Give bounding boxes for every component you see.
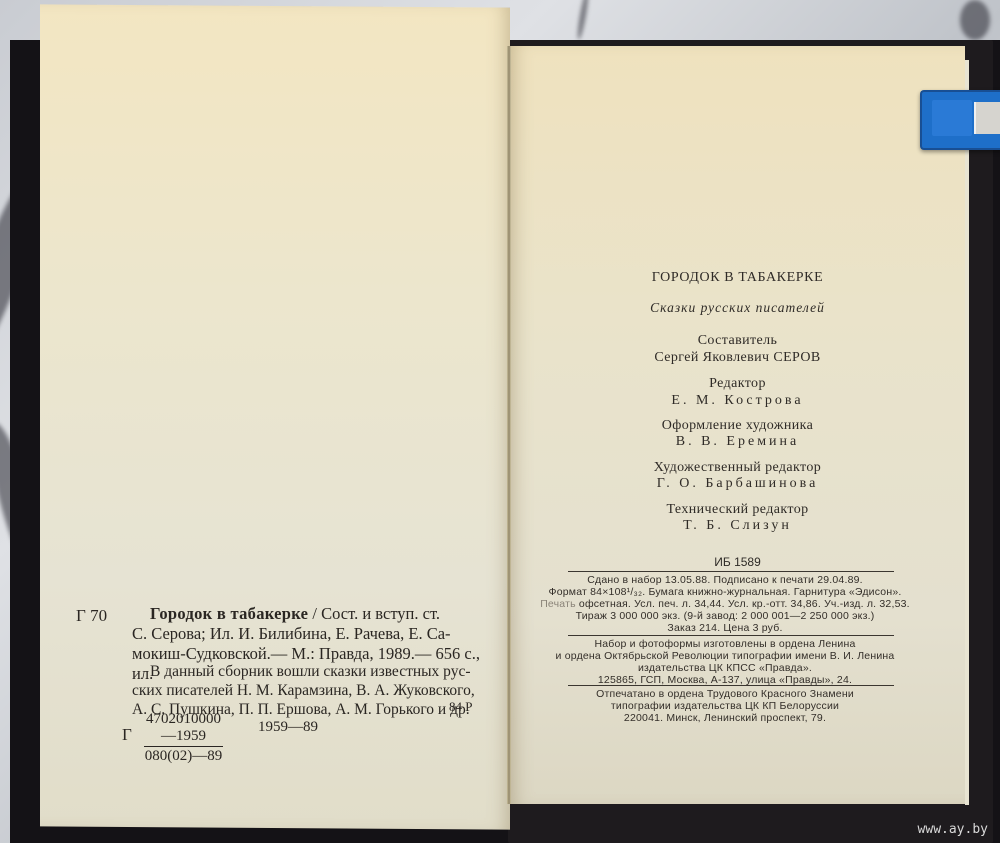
classification-fraction: 4702010000—1959 080(02)—89 xyxy=(144,711,223,765)
annotation-line1: В данный сборник вошли сказки известных … xyxy=(132,662,482,681)
fraction-denominator: 080(02)—89 xyxy=(144,747,223,765)
imprint-divider xyxy=(568,571,894,572)
classification-suffix: 1959—89 xyxy=(258,719,318,736)
binder-clip xyxy=(920,90,1000,150)
catalog-code: Г 70 xyxy=(76,606,107,626)
annotation-line2: ских писателей Н. М. Карамзина, В. А. Жу… xyxy=(132,681,482,700)
imprint-line: Набор и фотоформы изготовлены в ордена Л… xyxy=(540,638,910,650)
biblio-line1-rest: / Сост. и вступ. ст. xyxy=(308,604,440,623)
credit-role-art-editor: Художественный редактор xyxy=(510,460,965,476)
imprint-line3-rest: офсетная. Усл. печ. л. 34,44. Усл. кр.-о… xyxy=(576,598,910,610)
clip-metal-bar xyxy=(974,102,1000,134)
ib-number: ИБ 1589 xyxy=(510,555,965,569)
credit-name-compiler: Сергей Яковлевич СЕРОВ xyxy=(510,350,965,366)
credit-name-art-editor: Г. О. Барбашинова xyxy=(510,476,965,492)
imprint-line: Тираж 3 000 000 экз. (9-й завод: 2 000 0… xyxy=(540,610,910,622)
book-title: ГОРОДОК В ТАБАКЕРКЕ xyxy=(510,270,965,286)
imprint-print-details: Сдано в набор 13.05.88. Подписано к печа… xyxy=(540,574,910,634)
imprint-line: Отпечатано в ордена Трудового Красного З… xyxy=(540,688,910,700)
imprint-line: издательства ЦК КПСС «Правда». xyxy=(540,662,910,674)
book-title-bold: Городок в табакерке xyxy=(150,604,308,623)
imprint-line: Сдано в набор 13.05.88. Подписано к печа… xyxy=(540,574,910,586)
book-subtitle: Сказки русских писателей xyxy=(510,300,965,316)
imprint-divider xyxy=(568,685,894,686)
biblio-line2: С. Серова; Ил. И. Билибина, Е. Рачева, Е… xyxy=(132,624,480,644)
credit-name-editor: Е. М. Кострова xyxy=(510,393,965,409)
imprint-line: Заказ 214. Цена 3 руб. xyxy=(540,622,910,634)
page-edge xyxy=(965,60,969,805)
credit-role-tech-editor: Технический редактор xyxy=(510,502,965,518)
imprint-line: Формат 84×108¹/₃₂. Бумага книжно-журналь… xyxy=(540,586,910,598)
credit-role-editor: Редактор xyxy=(510,376,965,392)
credit-name-tech-editor: Т. Б. Слизун xyxy=(510,518,965,534)
imprint-line: типографии издательства ЦК КП Белоруссии xyxy=(540,700,910,712)
clip-body xyxy=(932,100,972,136)
imprint-line: Печать офсетная. Усл. печ. л. 34,44. Усл… xyxy=(540,598,910,610)
imprint-line: 220041. Минск, Ленинский проспект, 79. xyxy=(540,712,910,724)
imprint-typeset-details: Набор и фотоформы изготовлены в ордена Л… xyxy=(540,638,910,686)
credit-name-designer: В. В. Еремина xyxy=(510,434,965,450)
marble-vein xyxy=(576,0,591,40)
fraction-numerator: 4702010000—1959 xyxy=(144,711,223,747)
credit-role-designer: Оформление художника xyxy=(510,418,965,434)
credit-role-compiler: Составитель xyxy=(510,333,965,349)
imprint-line: и ордена Октябрьской Революции типографи… xyxy=(540,650,910,662)
imprint-divider xyxy=(568,635,894,636)
site-watermark: www.ay.by xyxy=(918,822,988,837)
imprint-faded-word: Печать xyxy=(540,598,576,610)
marble-vein xyxy=(960,0,990,40)
imprint-printed-details: Отпечатано в ордена Трудового Красного З… xyxy=(540,688,910,724)
classification-letter: Г xyxy=(122,725,132,745)
bbk-code: 84 Р xyxy=(449,699,472,715)
